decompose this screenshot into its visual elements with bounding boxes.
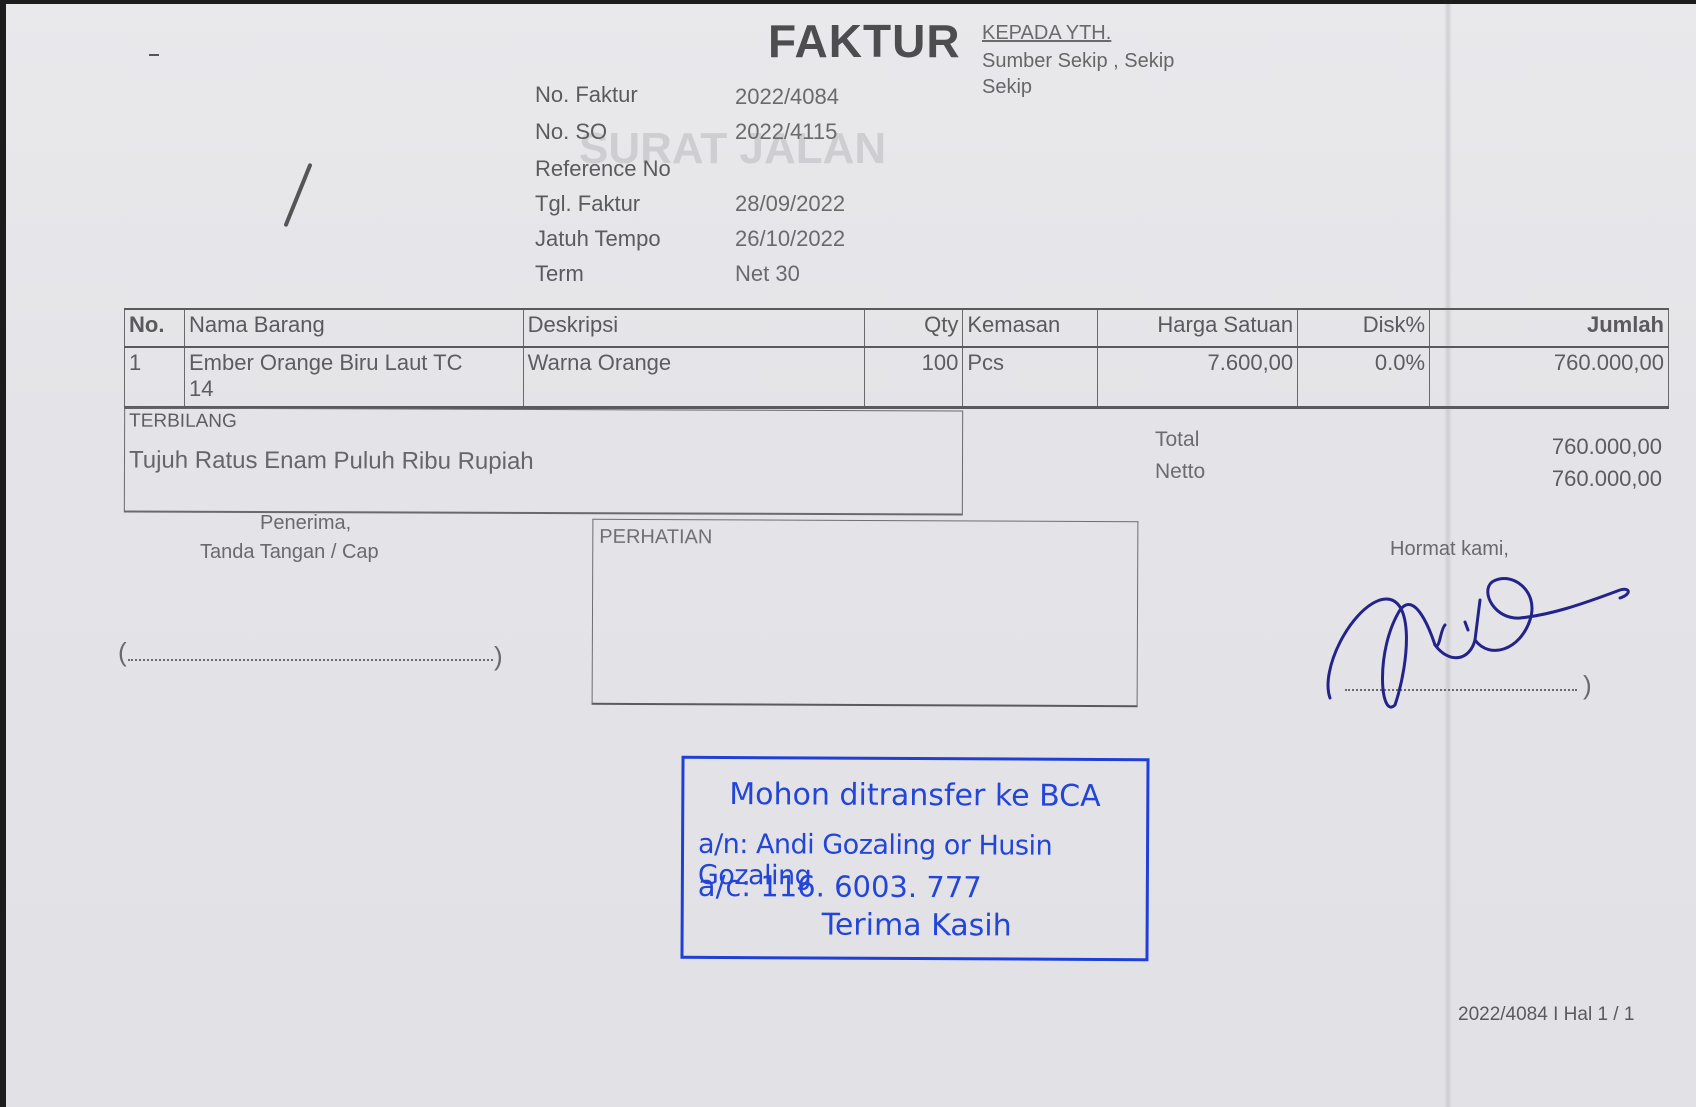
printer-dash-mark	[149, 54, 159, 56]
perhatian-label: PERHATIAN	[599, 526, 712, 549]
receiver-label: Penerima,	[260, 512, 351, 535]
page-footer: 2022/4084 I Hal 1 / 1	[1458, 1004, 1634, 1026]
cell-disk: 0.0%	[1298, 347, 1430, 407]
recipient-line-1: Sumber Sekip , Sekip	[982, 50, 1174, 73]
stamp-line-3: a/c: 116. 6003. 777	[698, 869, 982, 904]
header-deskripsi: Deskripsi	[523, 309, 865, 347]
meta-label-tgl-faktur: Tgl. Faktur	[535, 191, 640, 217]
header-harga-satuan: Harga Satuan	[1098, 309, 1298, 347]
meta-label-jatuh-tempo: Jatuh Tempo	[535, 226, 661, 252]
netto-value: 760.000,00	[1422, 466, 1662, 492]
receiver-signature-line	[128, 659, 493, 661]
cell-qty: 100	[865, 347, 963, 407]
meta-label-no-faktur: No. Faktur	[535, 82, 638, 108]
cell-no: 1	[125, 347, 185, 407]
netto-label: Netto	[1155, 460, 1205, 484]
header-kemasan: Kemasan	[963, 309, 1098, 347]
items-table: No. Nama Barang Deskripsi Qty Kemasan Ha…	[124, 308, 1669, 409]
header-nama-barang: Nama Barang	[184, 309, 523, 347]
cell-jumlah: 760.000,00	[1430, 347, 1669, 407]
meta-label-reference-no: Reference No	[535, 156, 671, 182]
meta-label-term: Term	[535, 261, 584, 287]
meta-label-no-so: No. SO	[535, 119, 607, 145]
meta-value-term: Net 30	[735, 261, 800, 287]
meta-value-no-so: 2022/4115	[735, 119, 837, 145]
header-disk: Disk%	[1298, 309, 1430, 347]
receiver-sublabel: Tanda Tangan / Cap	[200, 541, 379, 564]
header-no: No.	[125, 309, 185, 347]
meta-value-tgl-faktur: 28/09/2022	[735, 191, 845, 217]
table-header-row: No. Nama Barang Deskripsi Qty Kemasan Ha…	[125, 309, 1669, 347]
recipient-line-2: Sekip	[982, 76, 1032, 99]
terbilang-text: Tujuh Ratus Enam Puluh Ribu Rupiah	[129, 447, 534, 476]
recipient-heading: KEPADA YTH.	[982, 22, 1111, 45]
terbilang-label: TERBILANG	[129, 411, 237, 433]
document-title: FAKTUR	[768, 14, 961, 68]
handwritten-signature	[1320, 570, 1650, 720]
total-label: Total	[1155, 428, 1199, 452]
close-paren: )	[494, 641, 503, 672]
table-row: 1 Ember Orange Biru Laut TC 14 Warna Ora…	[125, 347, 1669, 407]
bank-transfer-stamp: Mohon ditransfer ke BCA a/n: Andi Gozali…	[680, 756, 1149, 961]
cell-nama-barang-line-2: 14	[189, 376, 519, 402]
sender-label: Hormat kami,	[1390, 538, 1509, 561]
meta-value-no-faktur: 2022/4084	[735, 84, 839, 110]
cell-nama-barang-line-1: Ember Orange Biru Laut TC	[189, 350, 519, 376]
perhatian-box: PERHATIAN	[592, 519, 1139, 707]
staple-mark	[283, 163, 312, 228]
total-value: 760.000,00	[1422, 434, 1662, 460]
header-jumlah: Jumlah	[1430, 309, 1669, 347]
meta-value-jatuh-tempo: 26/10/2022	[735, 226, 845, 252]
cell-nama-barang: Ember Orange Biru Laut TC 14	[184, 347, 523, 407]
cell-deskripsi: Warna Orange	[523, 347, 865, 407]
stamp-line-4: Terima Kasih	[822, 908, 1012, 944]
cell-kemasan: Pcs	[963, 347, 1098, 407]
cell-harga-satuan: 7.600,00	[1098, 347, 1298, 407]
terbilang-box: TERBILANG Tujuh Ratus Enam Puluh Ribu Ru…	[124, 408, 963, 516]
stamp-line-1: Mohon ditransfer ke BCA	[729, 777, 1101, 814]
open-paren: (	[118, 637, 127, 668]
header-qty: Qty	[865, 309, 963, 347]
